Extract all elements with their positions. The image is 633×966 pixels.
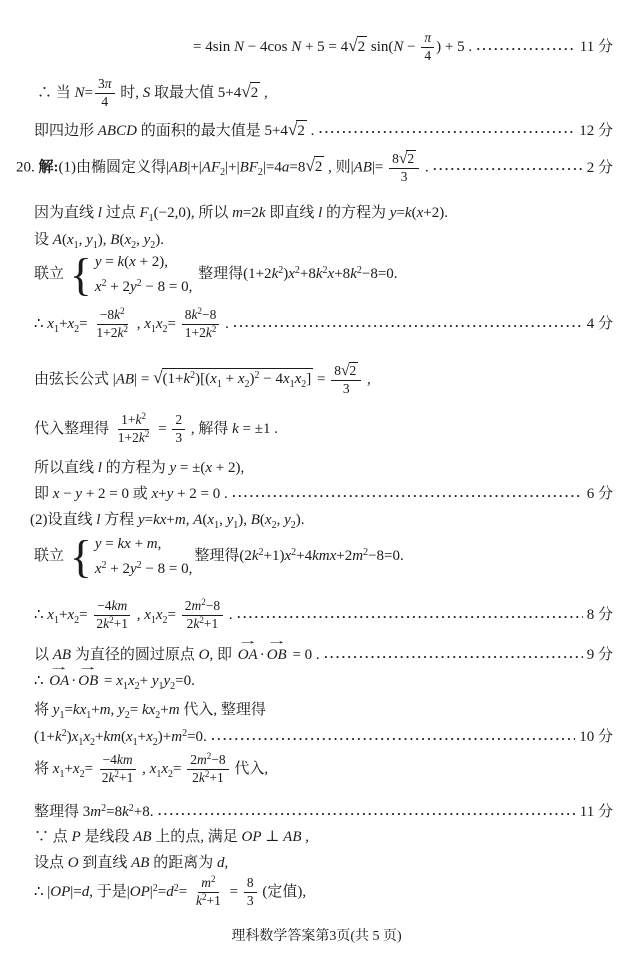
math-variable: x <box>95 561 102 577</box>
text-run: + <box>131 536 147 552</box>
conclusion-max-s: ∴ 当 N=3π4 时, S 取最大值 5+4√2 , <box>37 76 268 111</box>
equation-system: {y = k(x + 2),x2 + 2y2 − 8 = 0, <box>70 252 193 298</box>
text-run: . <box>225 607 233 623</box>
text-run: −8 <box>100 307 114 322</box>
text-run: ∴ <box>34 316 47 332</box>
subscript: 1 <box>290 379 295 390</box>
subscript: 1 <box>59 769 64 780</box>
text-run: 3 <box>401 169 408 184</box>
superscript: 2 <box>291 547 296 558</box>
radicand: 2 <box>406 150 416 168</box>
fraction-denominator: 3 <box>398 169 411 186</box>
fraction-numerator: 2 <box>172 412 185 430</box>
subscript: 1 <box>123 681 128 692</box>
subscript: 2 <box>258 167 263 178</box>
math-variable: AB <box>354 159 372 175</box>
text-run: = ±( <box>176 460 205 476</box>
math-variable: x <box>161 761 168 777</box>
superscript: 2 <box>102 278 107 289</box>
subscript: 2 <box>163 615 168 626</box>
math-variable: AB <box>169 159 187 175</box>
math-variable: OP <box>50 884 70 900</box>
fraction-numerator: 8k2−8 <box>182 307 220 325</box>
text-run: )[( <box>195 371 210 387</box>
line-content: 设 A(x1, y1), B(x2, y2). <box>34 230 164 250</box>
math-variable: OP <box>242 829 262 845</box>
math-variable: kx <box>153 512 166 528</box>
subscript: 1 <box>156 769 161 780</box>
subscript: 1 <box>86 710 91 721</box>
circle-through-origin: 以 AB 为直径的圆过原点 O, 即 →OA·→OB = 0 .········… <box>34 645 613 665</box>
math-variable: N <box>75 85 85 101</box>
vector-base: OA <box>238 647 258 663</box>
math-variable: x <box>156 316 163 332</box>
text-run: + 2), <box>136 254 168 270</box>
superscript: 2 <box>207 751 212 761</box>
line-l-through-f1: 因为直线 l 过点 F1(−2,0), 所以 m=2k 即直线 l 的方程为 y… <box>34 203 448 223</box>
fraction: 23 <box>172 412 185 447</box>
math-variable: m <box>169 702 180 718</box>
math-variable: m <box>147 536 158 552</box>
text-run: −8 <box>206 598 220 613</box>
subscript: 1 <box>151 615 156 626</box>
vector-overline: →OA <box>238 645 258 665</box>
line-content: 20. 解:(1)由椭圆定义得|AB|+|AF2|+|BF2|=4a=8√2 ,… <box>16 150 429 186</box>
system-rows: y = kx + m,x2 + 2y2 − 8 = 0, <box>95 534 192 580</box>
radical: √2 <box>348 36 367 57</box>
text-run: 将 <box>34 761 53 777</box>
part2-setup: (2)设直线 l 方程 y=kx+m, A(x1, y1), B(x2, y2)… <box>30 510 305 530</box>
math-variable: x <box>205 460 212 476</box>
text-run: (1)由椭圆定义得| <box>59 159 170 175</box>
line-content: ∴ 当 N=3π4 时, S 取最大值 5+4√2 , <box>37 76 268 111</box>
text-run: (2)设直线 <box>30 512 96 528</box>
score-label: 10 分 <box>579 727 613 747</box>
text-run: = <box>100 673 116 689</box>
subscript: 1 <box>233 520 238 531</box>
fraction: 8k2−81+2k2 <box>182 307 220 342</box>
fraction: π4 <box>421 30 434 65</box>
fraction-numerator: π <box>421 30 434 48</box>
fraction-numerator: −4km <box>100 752 136 770</box>
text-run: + 2 = 0 或 <box>82 486 151 502</box>
text-run: 2 <box>315 159 323 175</box>
text-run: +1 <box>209 770 223 785</box>
text-run: | = <box>134 371 153 387</box>
score-label: 11 分 <box>580 37 613 57</box>
text-run: . <box>307 123 315 139</box>
superscript: 2 <box>211 874 216 884</box>
radicand: (1+k2)[(x1 + x2)2 − 4x1x2] <box>162 368 314 389</box>
subscript: 1 <box>149 213 154 224</box>
text-run: ). <box>296 512 305 528</box>
math-variable: k <box>405 205 412 221</box>
subscript: 1 <box>214 520 219 531</box>
math-variable: ABCD <box>98 123 137 139</box>
superscript: 2 <box>363 547 368 558</box>
superscript: 2 <box>62 728 67 739</box>
math-variable: y <box>95 254 102 270</box>
subscript: 2 <box>131 240 136 251</box>
text-run: 8 <box>392 151 399 166</box>
conclusion-area-max: 即四边形 ABCD 的面积的最大值是 5+4√2 .··············… <box>34 120 613 141</box>
fraction: 2m2−82k2+1 <box>187 752 228 787</box>
text-run: =8 <box>289 159 305 175</box>
expanded-relation: (1+k2)x1x2+km(x1+x2)+m2=0.··············… <box>34 727 613 747</box>
line-content: 由弦长公式 |AB| = √(1+k2)[(x1 + x2)2 − 4x1x2]… <box>34 362 371 398</box>
op-constant-value: ∴ |OP|=d, 于是|OP|2=d2= m2k2+1 = 83 (定值), <box>34 875 306 910</box>
eq-sin-combination: = 4sin N − 4cos N + 5 = 4√2 sin(N − π4) … <box>193 30 613 65</box>
math-variable: k <box>136 412 142 427</box>
line-content: 将 x1+x2= −4km2k2+1 , x1x2= 2m2−82k2+1 代入… <box>34 752 268 787</box>
text-run: =0. <box>175 673 195 689</box>
text-run: = ±1 . <box>239 421 278 437</box>
text-run: , 解得 <box>187 421 232 437</box>
score-label: 8 分 <box>587 605 613 625</box>
dotted-leader: ········································… <box>237 610 583 623</box>
text-run: , <box>79 232 87 248</box>
math-variable: AB <box>131 855 149 871</box>
vector-base: OB <box>78 673 98 689</box>
line-content: 代入整理得 1+k21+2k2 = 23 , 解得 k = ±1 . <box>34 412 278 447</box>
text-run: + 2), <box>212 460 244 476</box>
fraction: 1+k21+2k2 <box>115 412 153 447</box>
subscript: 1 <box>133 737 138 748</box>
subscript: 2 <box>74 324 79 335</box>
math-variable: kmx <box>312 548 336 564</box>
math-variable: d <box>166 884 174 900</box>
fraction-numerator: 8√2 <box>331 362 361 381</box>
dotted-leader: ········································… <box>211 732 575 745</box>
fraction-numerator: m2 <box>198 875 218 893</box>
math-variable: N <box>291 39 301 55</box>
math-variable: km <box>117 752 133 767</box>
equation-system: {y = kx + m,x2 + 2y2 − 8 = 0, <box>70 534 193 580</box>
math-variable: k <box>350 266 357 282</box>
math-variable: m <box>192 598 202 613</box>
text-run: 2 <box>192 770 199 785</box>
math-variable: y <box>130 561 137 577</box>
fraction-numerator: 8 <box>244 875 257 893</box>
text-run: + <box>64 761 72 777</box>
superscript: 2 <box>212 324 217 334</box>
text-run: = <box>64 702 72 718</box>
superscript: 2 <box>137 560 142 571</box>
line-content: 将 y1=kx1+m, y2= kx2+m 代入, 整理得 <box>34 700 266 720</box>
bold-text: 解: <box>39 159 59 175</box>
text-run: +1) <box>264 548 285 564</box>
fraction-numerator: −4km <box>94 598 130 616</box>
radical: √(1+k2)[(x1 + x2)2 − 4x1x2] <box>153 368 313 389</box>
score-label: 2 分 <box>587 158 613 178</box>
text-run: ⊥ <box>262 829 284 845</box>
text-run: 的方程为 <box>102 460 170 476</box>
text-run: 2 <box>175 412 182 427</box>
text-run: +8. <box>134 804 154 820</box>
radical: √2 <box>399 150 416 168</box>
text-run: 联立 <box>34 548 68 564</box>
fraction-denominator: 4 <box>421 48 434 65</box>
superscript: 2 <box>190 370 195 381</box>
text-run: 即直线 <box>266 205 319 221</box>
text-run: ∴ 当 <box>37 85 75 101</box>
subscript: 1 <box>59 710 64 721</box>
vector-base: OB <box>267 647 287 663</box>
text-run: +2 <box>336 548 352 564</box>
text-run: +1 <box>204 616 218 631</box>
line-content: (1+k2)x1x2+km(x1+x2)+m2=0. <box>34 727 207 747</box>
text-run: 联立 <box>34 266 68 282</box>
fraction-denominator: k2+1 <box>193 893 224 910</box>
text-run: − 4cos <box>244 39 291 55</box>
vector-overline: →OB <box>267 645 287 665</box>
text-run: 代入, 整理得 <box>180 702 266 718</box>
subscript: 2 <box>155 710 160 721</box>
fraction: m2k2+1 <box>193 875 224 910</box>
superscript: 2 <box>142 411 147 421</box>
fraction: −4km2k2+1 <box>93 598 131 633</box>
superscript: 2 <box>202 892 207 902</box>
text-run: ). <box>155 232 164 248</box>
math-variable: x <box>126 729 133 745</box>
line-content: 即四边形 ABCD 的面积的最大值是 5+4√2 . <box>34 120 314 141</box>
superscript: 2 <box>123 324 128 334</box>
line-content: (2)设直线 l 方程 y=kx+m, A(x1, y1), B(x2, y2)… <box>30 510 305 530</box>
brace-icon: { <box>70 537 92 576</box>
fraction-denominator: 1+2k2 <box>115 430 153 447</box>
text-run: = <box>168 316 180 332</box>
math-variable: x <box>210 371 217 387</box>
text-run: = <box>102 254 118 270</box>
fraction-denominator: 3 <box>340 381 353 398</box>
distance-d: 设点 O 到直线 AB 的距离为 d, <box>34 853 228 873</box>
fraction-numerator: −8k2 <box>97 307 128 325</box>
text-run: ), <box>238 512 251 528</box>
math-variable: OP <box>130 884 150 900</box>
text-run: (定值), <box>259 884 307 900</box>
text-run: 整理得(2 <box>194 548 252 564</box>
text-run: − <box>403 39 419 55</box>
subscript: 2 <box>220 167 225 178</box>
math-variable: km <box>111 598 127 613</box>
text-run: |= <box>70 884 81 900</box>
text-run: =0. <box>187 729 207 745</box>
text-run: 因为直线 <box>34 205 98 221</box>
subscript: 2 <box>80 769 85 780</box>
radicand: 2 <box>250 82 261 103</box>
fraction: 8√23 <box>331 362 361 398</box>
superscript: 2 <box>101 803 106 814</box>
text-run: 2 <box>102 770 109 785</box>
text-run: , 即 <box>209 647 235 663</box>
math-variable: m <box>232 205 243 221</box>
line-content: 联立 {y = kx + m,x2 + 2y2 − 8 = 0,整理得(2k2+… <box>34 534 404 580</box>
math-variable: AB <box>116 371 134 387</box>
math-variable: y <box>284 512 291 528</box>
math-variable: k <box>206 325 212 340</box>
math-variable: kx <box>73 702 86 718</box>
text-run: + <box>140 673 152 689</box>
text-run: = <box>179 884 191 900</box>
math-variable: x <box>128 673 135 689</box>
math-variable: x <box>47 607 54 623</box>
math-variable: m <box>201 875 211 890</box>
text-run: +4 <box>296 548 312 564</box>
subscript: 1 <box>93 240 98 251</box>
text-run: 2 <box>190 752 197 767</box>
fraction: 83 <box>244 875 257 910</box>
superscript: 2 <box>145 429 150 439</box>
text-run: 时, <box>117 85 143 101</box>
math-variable: k <box>259 205 266 221</box>
math-variable: k <box>199 770 205 785</box>
brace-icon: { <box>70 255 92 294</box>
text-run: , <box>133 316 144 332</box>
text-run: = <box>102 536 118 552</box>
system-equation-row: x2 + 2y2 − 8 = 0, <box>95 277 192 297</box>
text-run: = <box>226 884 242 900</box>
math-variable: x <box>73 761 80 777</box>
dot-product-zero: ∴ →OA·→OB = x1x2+ y1y2=0. <box>34 671 195 691</box>
math-variable: m <box>197 752 207 767</box>
subscript: 2 <box>168 769 173 780</box>
text-run: = <box>158 884 166 900</box>
math-variable: k <box>316 266 323 282</box>
line-content: ∴ |OP|=d, 于是|OP|2=d2= m2k2+1 = 83 (定值), <box>34 875 306 910</box>
math-variable: x <box>47 316 54 332</box>
problem20-part1-ellipse-def: 20. 解:(1)由椭圆定义得|AB|+|AF2|+|BF2|=4a=8√2 ,… <box>16 150 613 186</box>
superscript: 2 <box>129 803 134 814</box>
score-label: 6 分 <box>587 484 613 504</box>
chord-length-formula: 由弦长公式 |AB| = √(1+k2)[(x1 + x2)2 − 4x1x2]… <box>34 362 371 398</box>
system-equation-row: y = kx + m, <box>95 534 192 554</box>
text-run: 整理得 3 <box>34 804 90 820</box>
fraction: 3π4 <box>95 76 115 111</box>
text-run: 方程 <box>100 512 138 528</box>
fraction-denominator: 2k2+1 <box>99 770 137 787</box>
text-run: −8=0. <box>368 548 404 564</box>
math-variable: k <box>109 770 115 785</box>
superscript: 2 <box>323 265 328 276</box>
subscript: 2 <box>244 379 249 390</box>
subscript: 2 <box>153 737 158 748</box>
subscript: 2 <box>291 520 296 531</box>
radicand: 2 <box>357 36 368 57</box>
text-run: = <box>79 316 91 332</box>
math-variable: y <box>86 232 93 248</box>
line-content: 因为直线 l 过点 F1(−2,0), 所以 m=2k 即直线 l 的方程为 y… <box>34 203 448 223</box>
math-variable: k <box>232 421 239 437</box>
math-variable: k <box>192 307 198 322</box>
text-run: , 则| <box>324 159 353 175</box>
math-variable: m <box>175 512 186 528</box>
superscript: 2 <box>174 883 179 894</box>
text-run: , <box>277 512 285 528</box>
text-run: = <box>85 85 93 101</box>
text-run: 1+2 <box>185 325 206 340</box>
text-run: 代入, <box>231 761 269 777</box>
subscript: 2 <box>90 737 95 748</box>
superscript: 2 <box>115 769 120 779</box>
math-variable: AF <box>202 159 220 175</box>
text-run: , 于是| <box>89 884 130 900</box>
substitute-y: 将 y1=kx1+m, y2= kx2+m 代入, 整理得 <box>34 700 266 720</box>
text-run: 8 <box>185 307 192 322</box>
line-content: 设点 O 到直线 AB 的距离为 d, <box>34 853 228 873</box>
subscript: 2 <box>135 681 140 692</box>
line-content: 整理得 3m2=8k2+8. <box>34 802 153 822</box>
math-variable: AB <box>283 829 301 845</box>
text-run: +1 <box>119 770 133 785</box>
text-run: 4 <box>101 94 108 109</box>
text-run: = <box>154 421 170 437</box>
text-run: =2 <box>243 205 259 221</box>
math-variable: π <box>105 76 112 91</box>
superscript: 2 <box>201 597 206 607</box>
text-run: −8=0. <box>362 266 398 282</box>
text-run: (1+ <box>34 729 55 745</box>
text-run: ∵ 点 <box>34 829 72 845</box>
text-run: ] <box>306 371 311 387</box>
sum-product-part2: ∴ x1+x2= −4km2k2+1 , x1x2= 2m2−82k2+1 .·… <box>34 598 613 633</box>
text-run: −4 <box>97 598 111 613</box>
line-l-equation: 所以直线 l 的方程为 y = ±(x + 2), <box>34 458 244 478</box>
superscript: 2 <box>357 265 362 276</box>
math-variable: km <box>103 729 121 745</box>
radical: √2 <box>288 120 307 141</box>
radical: √2 <box>341 362 358 380</box>
text-run: +1 <box>114 616 128 631</box>
sum-product-part1: ∴ x1+x2= −8k21+2k2 , x1x2= 8k2−81+2k2 .·… <box>34 307 613 342</box>
text-run: ) + 5 . <box>436 39 472 55</box>
radicand: 2 <box>314 156 325 177</box>
score-label: 9 分 <box>587 645 613 665</box>
line-content: ∴ →OA·→OB = x1x2+ y1y2=0. <box>34 671 195 691</box>
text-run: = <box>173 761 185 777</box>
text-run: sin( <box>367 39 393 55</box>
text-run: 的方程为 <box>322 205 390 221</box>
text-run: − 4 <box>259 371 282 387</box>
text-run: 8 <box>334 363 341 378</box>
text-run: = <box>313 371 329 387</box>
text-run: +8 <box>334 266 350 282</box>
text-run: , <box>301 829 309 845</box>
text-run: 代入整理得 <box>34 421 113 437</box>
text-run: · <box>260 647 265 663</box>
text-run: = <box>85 761 97 777</box>
score-label: 12 分 <box>579 121 613 141</box>
math-variable: k <box>252 548 259 564</box>
dotted-leader: ········································… <box>233 319 583 332</box>
text-run: + <box>222 371 238 387</box>
math-variable: A <box>193 512 202 528</box>
text-run: = <box>130 702 142 718</box>
text-run: 2 <box>297 123 305 139</box>
text-run: 2 <box>407 151 414 166</box>
fraction-denominator: 2k2+1 <box>184 616 222 633</box>
text-run: |+| <box>187 159 201 175</box>
subscript: 1 <box>159 681 164 692</box>
text-run: 2 <box>350 363 357 378</box>
text-run: 上的点, 满足 <box>152 829 242 845</box>
text-run: = <box>168 607 180 623</box>
line-content: 即 x − y + 2 = 0 或 x+y + 2 = 0 . <box>34 484 228 504</box>
text-run: − 8 = 0, <box>142 279 193 295</box>
system-part2: 联立 {y = kx + m,x2 + 2y2 − 8 = 0,整理得(2k2+… <box>34 534 404 580</box>
fraction-numerator: 2m2−8 <box>182 598 223 616</box>
vector-arrow-icon: → <box>258 636 296 647</box>
math-variable: O <box>199 647 210 663</box>
